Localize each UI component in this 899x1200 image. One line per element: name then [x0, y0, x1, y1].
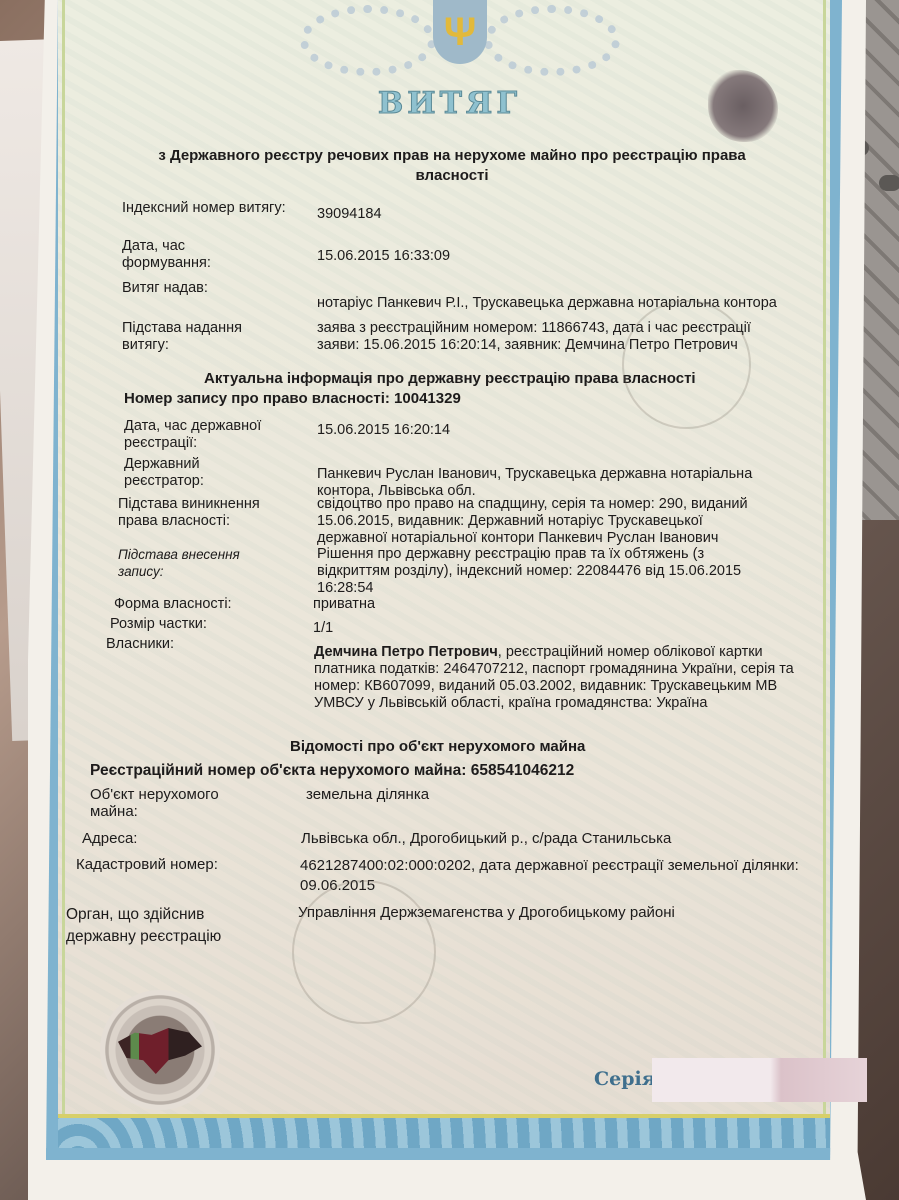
hologram-ukraine-map [100, 990, 220, 1110]
faded-stamp [292, 880, 436, 1024]
field-value: 39094184 [317, 200, 787, 223]
field-row: Власники: Демчина Петро Петрович, реєстр… [106, 636, 794, 712]
laurel-wreath-right-icon [484, 5, 620, 76]
laurel-wreath-left-icon [300, 5, 436, 76]
field-label: Витяг надав: [122, 280, 317, 312]
field-label: Адреса: [82, 830, 297, 847]
field-row: Адреса: Львівська обл., Дрогобицький р.,… [82, 830, 821, 847]
field-label: Орган, що здійснив державну реєстрацію [66, 904, 246, 948]
field-label: Державний реєстратор: [124, 456, 244, 500]
owner-name: Демчина Петро Петрович [314, 644, 498, 660]
field-value: земельна ділянка [306, 786, 776, 820]
field-label: Підстава надання витягу: [122, 320, 262, 354]
field-row: Підстава внесення запису: Рішення про де… [118, 546, 777, 597]
field-value: Панкевич Руслан Іванович, Трускавецька д… [317, 456, 787, 500]
field-label: Індексний номер витягу: [122, 200, 317, 223]
field-value: 15.06.2015 16:33:09 [317, 238, 787, 272]
field-row: Форма власності: приватна [114, 596, 783, 613]
ownership-record-number: Номер запису про право власності: 100413… [124, 390, 461, 407]
field-label: Власники: [106, 636, 310, 712]
field-row: Індексний номер витягу: 39094184 [122, 200, 787, 223]
object-registration-number: Реєстраційний номер об'єкта нерухомого м… [90, 762, 574, 780]
field-row: Розмір частки: 1/1 [110, 616, 783, 637]
field-label: Кадастровий номер: [76, 856, 296, 896]
bottom-ornament-band [58, 1114, 830, 1148]
field-value: свідоцтво про право на спадщину, серія т… [317, 496, 777, 547]
field-row: Кадастровий номер: 4621287400:02:000:020… [76, 856, 820, 896]
trident-emblem-icon: Ψ [433, 0, 487, 64]
coat-of-arms: Ψ [300, 0, 620, 65]
series-label: Серія [594, 1068, 656, 1090]
field-value: приватна [313, 596, 783, 613]
faded-stamp [622, 300, 751, 429]
field-label: Дата, час державної реєстрації: [124, 418, 274, 452]
field-label: Підстава виникнення права власності: [118, 496, 278, 547]
field-value: Рішення про державну реєстрацію прав та … [317, 546, 777, 597]
series-number-redacted [652, 1058, 867, 1102]
section-title-object: Відомості про об'єкт нерухомого майна [290, 738, 585, 755]
folder-hole [879, 175, 899, 191]
document-subtitle: з Державного реєстру речових прав на нер… [142, 146, 762, 186]
field-row: Підстава виникнення права власності: сві… [118, 496, 777, 547]
field-value: Демчина Петро Петрович, реєстраційний но… [314, 636, 794, 712]
field-row: Об'єкт нерухомого майна: земельна ділянк… [90, 786, 776, 820]
field-value: Львівська обл., Дрогобицький р., с/рада … [301, 830, 821, 847]
field-label: Форма власності: [114, 596, 309, 613]
field-label: Розмір частки: [110, 616, 309, 637]
trident-glyph: Ψ [444, 12, 476, 52]
field-label: Об'єкт нерухомого майна: [90, 786, 250, 820]
field-row: Дата, час формування: 15.06.2015 16:33:0… [122, 238, 787, 272]
field-value: 1/1 [313, 616, 783, 637]
field-row: Державний реєстратор: Панкевич Руслан Ів… [124, 456, 787, 500]
field-row: Орган, що здійснив державну реєстрацію У… [66, 904, 818, 948]
field-value: 15.06.2015 16:20:14 [317, 418, 787, 452]
ukraine-map-icon [118, 1028, 202, 1074]
field-label: Підстава внесення запису: [118, 546, 268, 597]
field-label: Дата, час формування: [122, 238, 232, 272]
